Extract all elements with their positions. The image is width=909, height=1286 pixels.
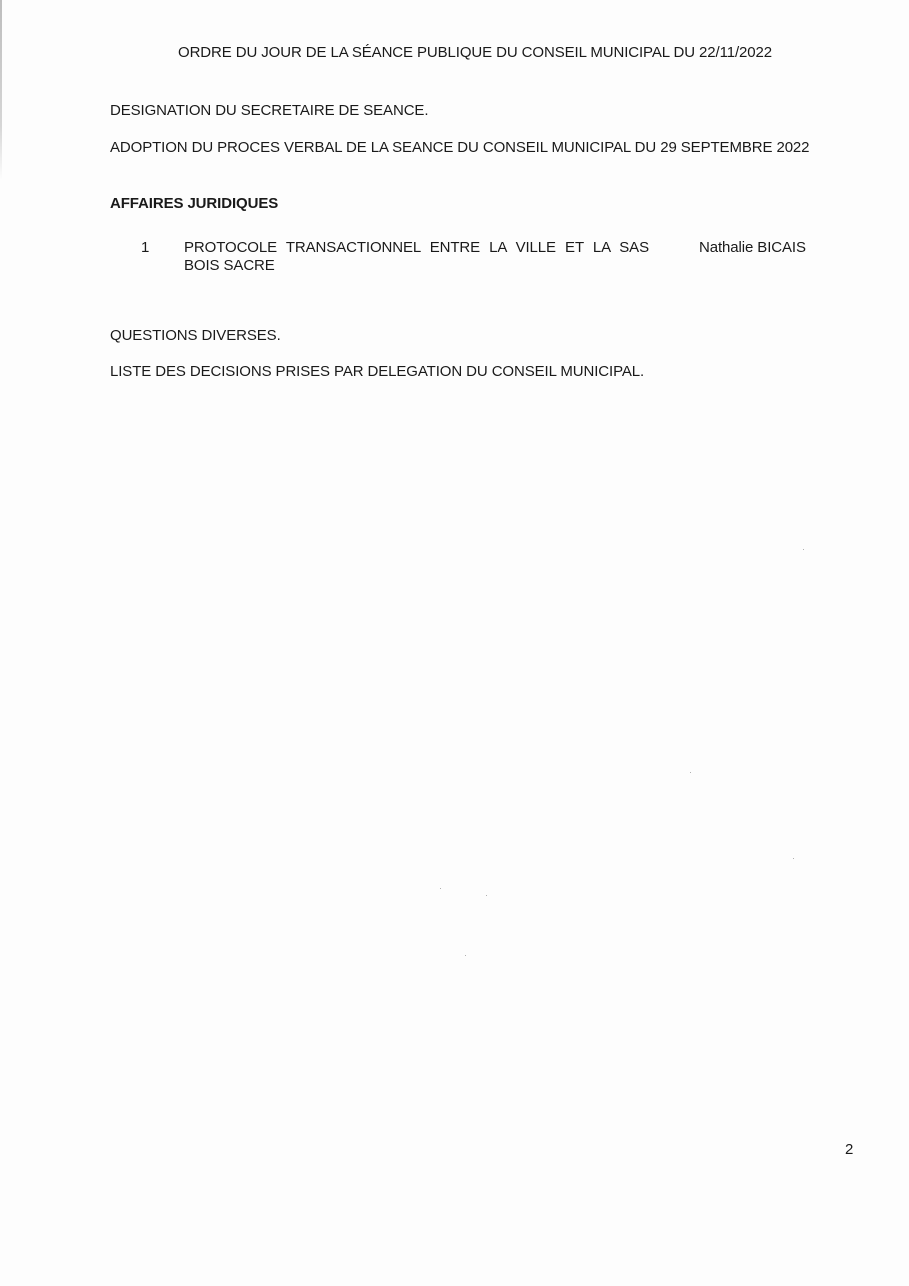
section-heading-affaires-juridiques: AFFAIRES JURIDIQUES [110,195,278,212]
scan-speck [465,955,466,956]
agenda-item-number: 1 [141,239,149,256]
agenda-item-rapporteur: Nathalie BICAIS [699,239,806,256]
scan-speck [690,772,691,773]
agenda-item-text: PROTOCOLE TRANSACTIONNEL ENTRE LA VILLE … [184,239,649,275]
scan-speck [440,888,441,889]
opening-item-minutes-adoption: ADOPTION DU PROCES VERBAL DE LA SEANCE D… [110,139,809,156]
opening-item-secretary: DESIGNATION DU SECRETAIRE DE SEANCE. [110,102,428,119]
agenda-item-text-line2: BOIS SACRE [184,257,649,275]
scan-speck [793,858,794,859]
agenda-item-text-line1: PROTOCOLE TRANSACTIONNEL ENTRE LA VILLE … [184,239,649,257]
scan-speck [803,549,804,550]
closing-item-questions: QUESTIONS DIVERSES. [110,327,281,344]
scan-speck [486,895,487,896]
closing-item-decisions-list: LISTE DES DECISIONS PRISES PAR DELEGATIO… [110,363,644,380]
page-number: 2 [845,1141,853,1158]
page-title: ORDRE DU JOUR DE LA SÉANCE PUBLIQUE DU C… [178,44,772,61]
scan-edge-artifact [0,0,2,180]
